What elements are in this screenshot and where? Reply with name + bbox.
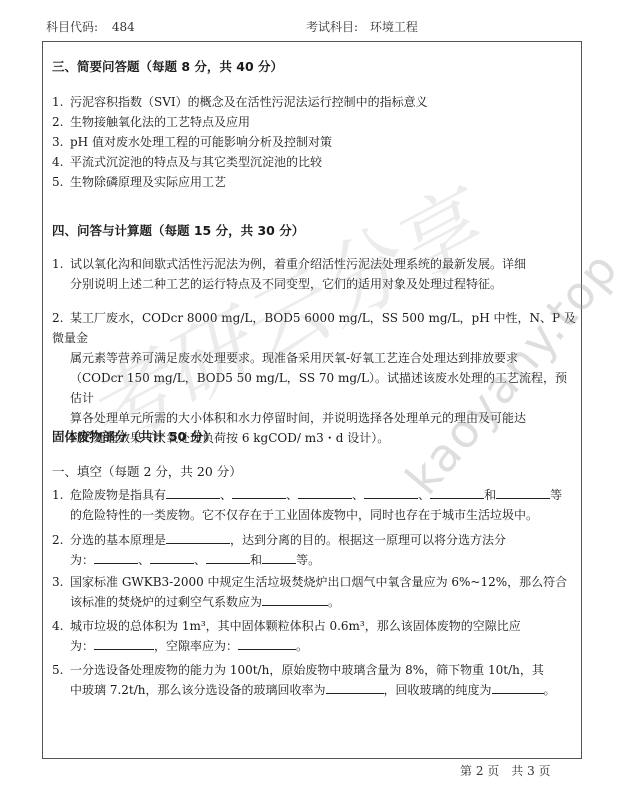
page-number: 第 2 页 共 3 页 [460, 762, 551, 779]
answer-blank[interactable] [262, 593, 328, 606]
question-line: 国家标准 GWKB3-2000 中规定生活垃圾焚烧炉出口烟气中氧含量应为 6%~… [70, 575, 567, 589]
question-line: 某工厂废水，CODcr 8000 mg/L，BOD5 6000 mg/L，SS … [52, 311, 576, 345]
separator: 、 [352, 488, 364, 502]
question-text: 为： [70, 639, 94, 653]
item-number: 2. [52, 112, 70, 132]
fill-question-2: 2.分选的基本原理是，达到分离的目的。根据这一原理可以将分选方法分 为：、、和等… [52, 530, 577, 570]
exam-subject: 考试科目: 环境工程 [306, 18, 418, 35]
question-line: 的危险特性的一类废物。它不仅存在于工业固体废物中，同时也存在于城市生活垃圾中。 [52, 505, 577, 525]
answer-blank[interactable] [326, 681, 384, 694]
conjunction: 和 [484, 488, 496, 502]
separator: 、 [194, 553, 206, 567]
question-text: 等 [550, 488, 562, 502]
question-line: 为：，空隙率应为：。 [52, 636, 577, 656]
fill-blank-title: 一、填空（每题 2 分，共 20 分） [52, 462, 577, 482]
question-line: 该标准的焚烧炉的过剩空气系数应为。 [52, 592, 577, 612]
answer-blank[interactable] [492, 681, 544, 694]
question-line: （CODcr 150 mg/L，BOD5 50 mg/L，SS 70 mg/L）… [52, 368, 577, 408]
fill-question-3: 3.国家标准 GWKB3-2000 中规定生活垃圾焚烧炉出口烟气中氧含量应为 6… [52, 572, 577, 612]
question-text: 危险废物是指具有 [70, 488, 166, 502]
question-text: 。 [328, 595, 340, 609]
item-number: 4. [52, 152, 70, 172]
question-line: 城市垃圾的总体积为 1m³，其中固体颗粒体积占 0.6m³，那么该固体废物的空隙… [70, 619, 521, 633]
section3-item: 3.pH 值对废水处理工程的可能影响分析及控制对策 [52, 132, 577, 152]
separator: 、 [418, 488, 430, 502]
question-text: 分选的基本原理是 [70, 533, 166, 547]
answer-blank[interactable] [496, 486, 550, 499]
subject-code: 科目代码: 484 [46, 18, 135, 35]
answer-blank[interactable] [166, 486, 220, 499]
question-line: 属元素等营养可满足废水处理要求。现准备采用厌氧-好氧工艺连合处理达到排放要求 [52, 348, 577, 368]
answer-blank[interactable] [166, 531, 230, 544]
item-text: 平流式沉淀池的特点及与其它类型沉淀池的比较 [70, 155, 322, 169]
question-line: 为：、、和等。 [52, 550, 577, 570]
answer-blank[interactable] [206, 551, 250, 564]
answer-blank[interactable] [238, 637, 296, 650]
answer-blank[interactable] [430, 486, 484, 499]
subject-code-label: 科目代码: [46, 20, 98, 34]
section3-item: 2.生物接触氧化法的工艺特点及应用 [52, 112, 577, 132]
question-text: 中玻璃 7.2t/h，那么该分选设备的玻璃回收率为 [70, 683, 326, 697]
section3-item: 5.生物除磷原理及实际应用工艺 [52, 172, 577, 192]
section4-question-1: 1.试以氧化沟和间歇式活性污泥法为例，着重介绍活性污泥法处理系统的最新发展。详细… [52, 254, 577, 294]
item-text: 生物除磷原理及实际应用工艺 [70, 175, 226, 189]
item-text: pH 值对废水处理工程的可能影响分析及控制对策 [70, 135, 332, 149]
conjunction: 和 [250, 553, 262, 567]
separator: 、 [286, 488, 298, 502]
section3-title: 三、简要问答题（每题 8 分，共 40 分） [52, 57, 283, 75]
question-text: 为： [70, 553, 94, 567]
question-line: 算各处理单元所需的大小体积和水力停留时间，并说明选择各处理单元的理由及可能达 [52, 408, 577, 428]
question-text: ，回收玻璃的纯度为 [384, 683, 492, 697]
question-text: 等。 [296, 553, 320, 567]
answer-blank[interactable] [150, 551, 194, 564]
solid-waste-title: 固体废物部分（共计 50 分） [52, 427, 216, 445]
item-number: 1. [52, 254, 70, 274]
question-text: 。 [544, 683, 556, 697]
section3-item: 4.平流式沉淀池的特点及与其它类型沉淀池的比较 [52, 152, 577, 172]
answer-blank[interactable] [262, 551, 296, 564]
item-number: 2. [52, 308, 70, 328]
answer-blank[interactable] [94, 551, 138, 564]
item-number: 4. [52, 616, 70, 636]
question-line: 中玻璃 7.2t/h，那么该分选设备的玻璃回收率为，回收玻璃的纯度为。 [52, 680, 577, 700]
item-number: 3. [52, 132, 70, 152]
subject-code-value: 484 [112, 20, 135, 34]
answer-blank[interactable] [232, 486, 286, 499]
separator: 、 [138, 553, 150, 567]
fill-question-4: 4.城市垃圾的总体积为 1m³，其中固体颗粒体积占 0.6m³，那么该固体废物的… [52, 616, 577, 656]
question-line: 试以氧化沟和间歇式活性污泥法为例，着重介绍活性污泥法处理系统的最新发展。详细 [70, 257, 526, 271]
answer-blank[interactable] [94, 637, 154, 650]
fill-question-5: 5.一分选设备处理废物的能力为 100t/h，原始废物中玻璃含量为 8%，筛下物… [52, 660, 577, 700]
question-text: 。 [296, 639, 308, 653]
item-number: 5. [52, 172, 70, 192]
page-header: 科目代码: 484 考试科目: 环境工程 [46, 18, 586, 38]
exam-subject-label: 考试科目: [306, 20, 358, 34]
question-text: ，达到分离的目的。根据这一原理可以将分选方法分 [230, 533, 506, 547]
exam-subject-value: 环境工程 [370, 20, 418, 34]
item-number: 3. [52, 572, 70, 592]
item-number: 1. [52, 92, 70, 112]
answer-blank[interactable] [364, 486, 418, 499]
question-line: 一分选设备处理废物的能力为 100t/h，原始废物中玻璃含量为 8%，筛下物重 … [70, 663, 544, 677]
item-number: 2. [52, 530, 70, 550]
item-text: 生物接触氧化法的工艺特点及应用 [70, 115, 250, 129]
question-text: 该标准的焚烧炉的过剩空气系数应为 [70, 595, 262, 609]
section3-item: 1.污泥容积指数（SVI）的概念及在活性污泥法运行控制中的指标意义 [52, 92, 577, 112]
answer-blank[interactable] [298, 486, 352, 499]
question-line: 分别说明上述二种工艺的运行特点及不同变型，它们的适用对象及处理过程特征。 [52, 274, 577, 294]
fill-question-1: 1.危险废物是指具有、、、、和等 的危险特性的一类废物。它不仅存在于工业固体废物… [52, 485, 577, 525]
question-text: ，空隙率应为： [154, 639, 238, 653]
section4-title: 四、问答与计算题（每题 15 分，共 30 分） [52, 221, 304, 239]
item-number: 5. [52, 660, 70, 680]
item-number: 1. [52, 485, 70, 505]
item-text: 污泥容积指数（SVI）的概念及在活性污泥法运行控制中的指标意义 [70, 95, 428, 109]
separator: 、 [220, 488, 232, 502]
